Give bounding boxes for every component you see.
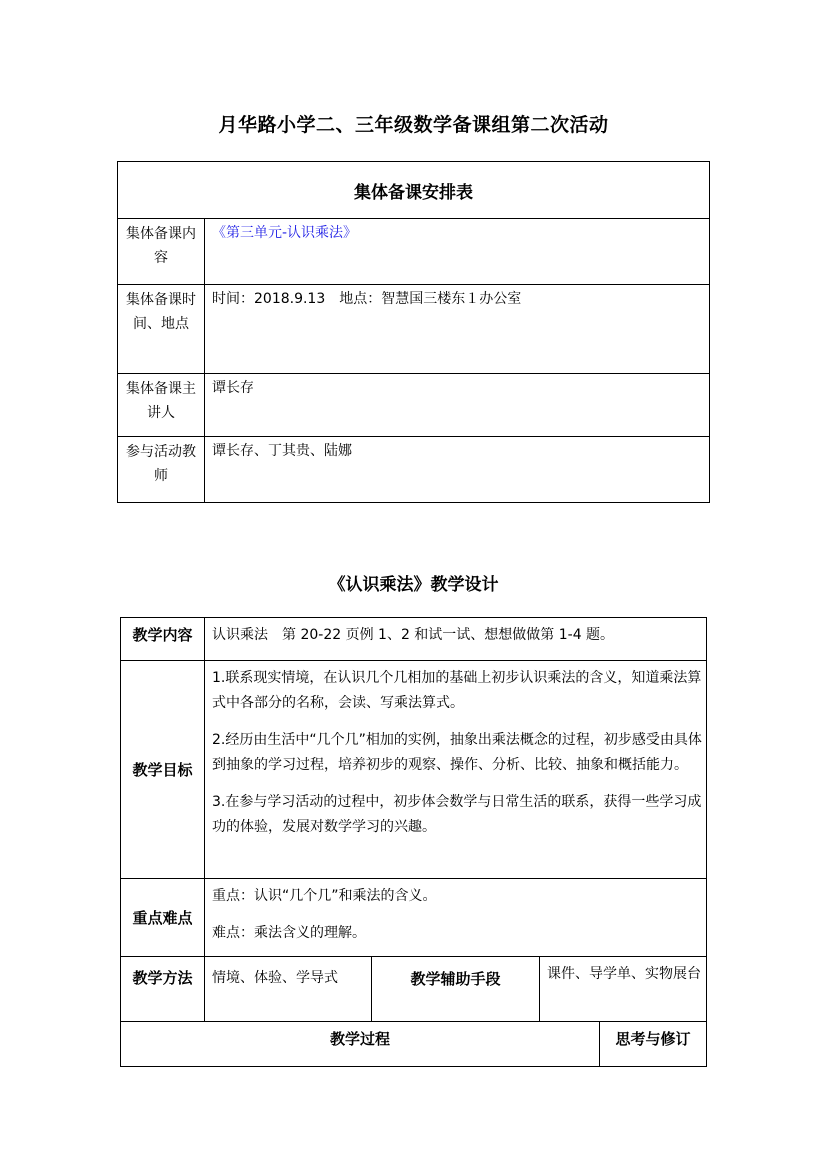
- document-title: 月华路小学二、三年级数学备课组第二次活动: [0, 110, 827, 137]
- key-points-label: 重点难点: [121, 879, 205, 957]
- methods-value: 情境、体验、学导式: [205, 957, 372, 1022]
- schedule-table: 集体备课安排表 集体备课内容 《第三单元-认识乘法》 集体备课时间、地点 时间：…: [117, 161, 710, 503]
- teaching-content-value: 认识乘法 第 20-22 页例 1、2 和试一试、想想做做第 1-4 题。: [205, 618, 707, 661]
- row-key-points: 重点难点 重点：认识“几个几”和乘法的含义。 难点：乘法含义的理解。: [121, 879, 707, 957]
- lesson-content-value: 《第三单元-认识乘法》: [205, 219, 710, 285]
- key-points-value: 重点：认识“几个几”和乘法的含义。 难点：乘法含义的理解。: [205, 879, 707, 957]
- row-label: 集体备课内容: [118, 219, 205, 285]
- row-teaching-goals: 教学目标 1.联系现实情境，在认识几个几相加的基础上初步认识乘法的含义，知道乘法…: [121, 661, 707, 879]
- schedule-row-time-place: 集体备课时间、地点 时间：2018.9.13 地点：智慧国三楼东１办公室: [118, 285, 710, 374]
- goal-item: 1.联系现实情境，在认识几个几相加的基础上初步认识乘法的含义，知道乘法算式中各部…: [212, 666, 702, 716]
- teaching-goals-label: 教学目标: [121, 661, 205, 879]
- speaker-value: 谭长存: [205, 374, 710, 437]
- schedule-row-speaker: 集体备课主讲人 谭长存: [118, 374, 710, 437]
- teaching-design-table: 教学内容 认识乘法 第 20-22 页例 1、2 和试一试、想想做做第 1-4 …: [120, 617, 707, 1067]
- aids-value: 课件、导学单、实物展台: [540, 957, 707, 1022]
- label-text: 集体备课时间、地点: [118, 288, 204, 336]
- label-text: 集体备课内容: [118, 222, 204, 270]
- goal-item: 2.经历由生活中“几个几”相加的实例，抽象出乘法概念的过程，初步感受由具体到抽象…: [212, 728, 702, 778]
- schedule-row-teachers: 参与活动教师 谭长存、丁其贵、陆娜: [118, 437, 710, 503]
- methods-label: 教学方法: [121, 957, 205, 1022]
- difficulty-point: 难点：乘法含义的理解。: [212, 921, 702, 946]
- key-point: 重点：认识“几个几”和乘法的含义。: [212, 884, 702, 909]
- teaching-goals-value: 1.联系现实情境，在认识几个几相加的基础上初步认识乘法的含义，知道乘法算式中各部…: [205, 661, 707, 879]
- goal-item: 3.在参与学习活动的过程中，初步体会数学与日常生活的联系，获得一些学习成功的体验…: [212, 790, 702, 840]
- design-subtitle: 《认识乘法》教学设计: [0, 570, 827, 595]
- notes-label: 思考与修订: [600, 1022, 707, 1067]
- schedule-row-content: 集体备课内容 《第三单元-认识乘法》: [118, 219, 710, 285]
- row-methods: 教学方法 情境、体验、学导式 教学辅助手段 课件、导学单、实物展台: [121, 957, 707, 1022]
- row-label: 集体备课时间、地点: [118, 285, 205, 374]
- label-text: 参与活动教师: [118, 440, 204, 488]
- time-place-value: 时间：2018.9.13 地点：智慧国三楼东１办公室: [205, 285, 710, 374]
- row-teaching-content: 教学内容 认识乘法 第 20-22 页例 1、2 和试一试、想想做做第 1-4 …: [121, 618, 707, 661]
- schedule-table-header: 集体备课安排表: [118, 162, 710, 219]
- process-label: 教学过程: [121, 1022, 600, 1067]
- row-process-header: 教学过程 思考与修订: [121, 1022, 707, 1067]
- row-label: 参与活动教师: [118, 437, 205, 503]
- teachers-value: 谭长存、丁其贵、陆娜: [205, 437, 710, 503]
- row-label: 集体备课主讲人: [118, 374, 205, 437]
- aids-label: 教学辅助手段: [372, 957, 540, 1022]
- teaching-content-label: 教学内容: [121, 618, 205, 661]
- label-text: 集体备课主讲人: [118, 377, 204, 425]
